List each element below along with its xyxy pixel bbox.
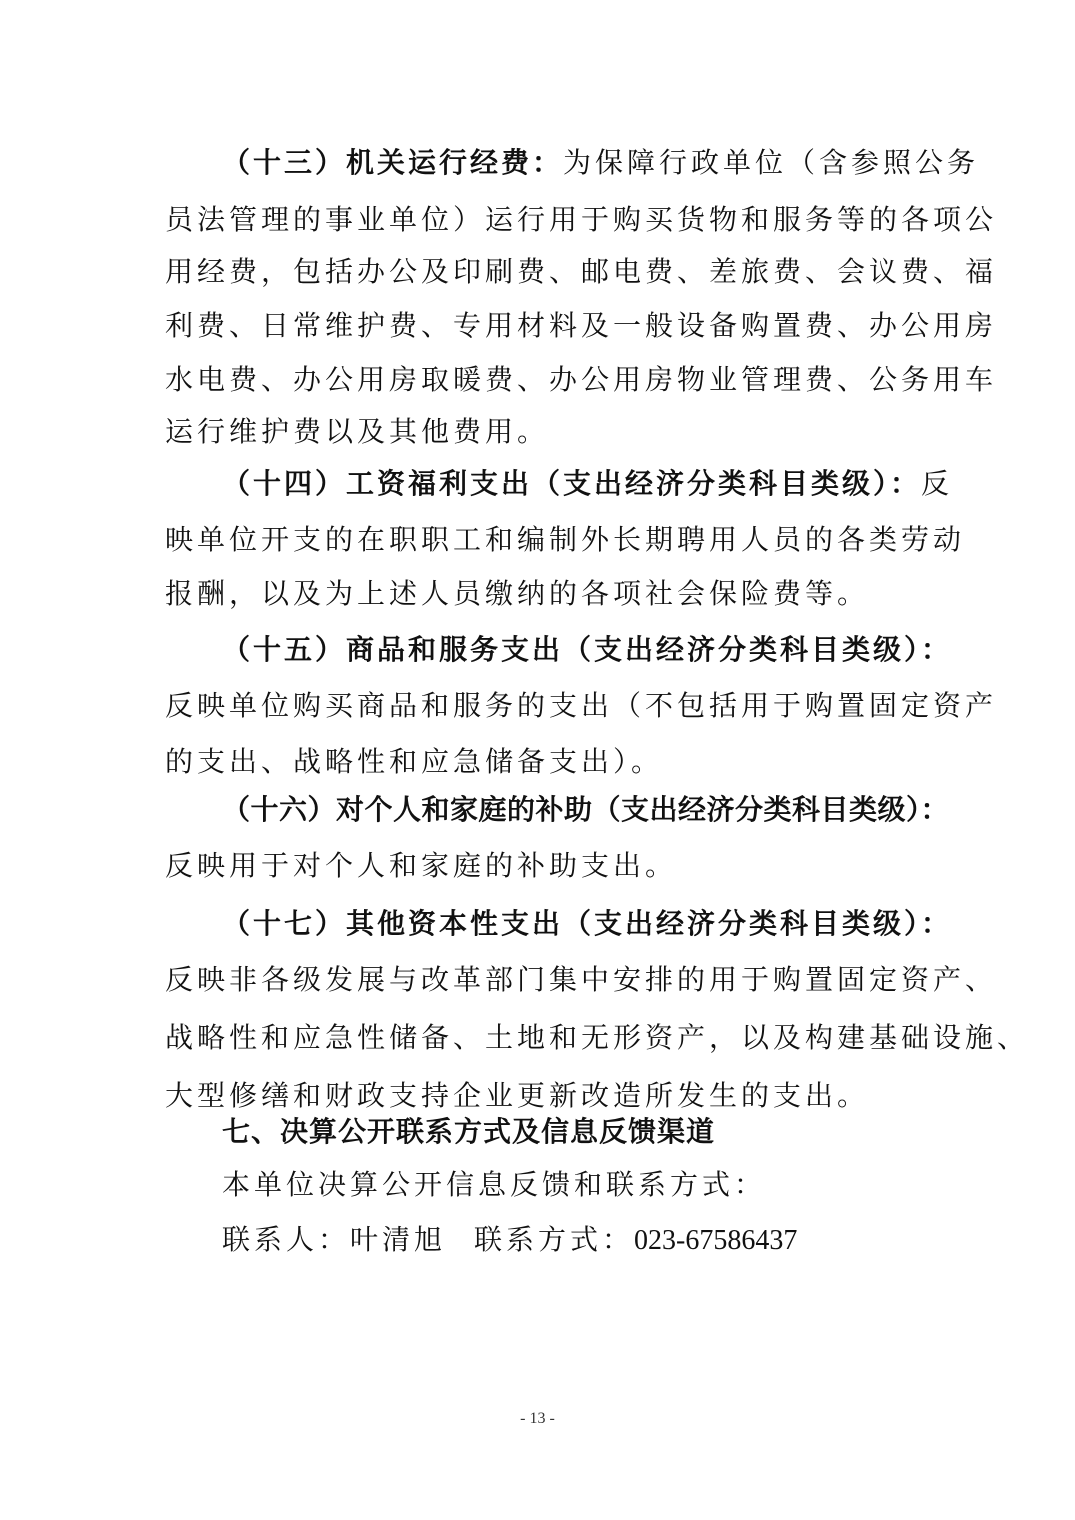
- contact-method-label: 联系方式：: [474, 1223, 634, 1256]
- section-17-title: （十七）其他资本性支出（支出经济分类科目类级）：: [222, 907, 952, 940]
- contact-phone: 023-67586437: [634, 1225, 797, 1256]
- contact-person-label: 联系人：: [222, 1223, 350, 1256]
- section-13-line: 员法管理的事业单位）运行用于购买货物和服务等的各项公: [165, 200, 925, 240]
- section-14-title: （十四）工资福利支出（支出经济分类科目类级）：: [222, 467, 921, 500]
- section-13-line: 利费、日常维护费、专用材料及一般设备购置费、办公用房: [165, 306, 925, 346]
- section-13-text: 为保障行政单位（含参照公务: [563, 146, 979, 179]
- section-15-line: 的支出、战略性和应急储备支出）。: [165, 742, 925, 782]
- section-14-first-line: （十四）工资福利支出（支出经济分类科目类级）：反: [222, 464, 982, 504]
- section-15-title: （十五）商品和服务支出（支出经济分类科目类级）：: [222, 633, 952, 666]
- section-13-title: （十三）机关运行经费：: [222, 146, 563, 179]
- section-17-line: 大型修缮和财政支持企业更新改造所发生的支出。: [165, 1076, 925, 1116]
- contact-intro: 本单位决算公开信息反馈和联系方式：: [222, 1165, 982, 1205]
- section-15-title-line: （十五）商品和服务支出（支出经济分类科目类级）：: [222, 630, 982, 670]
- section-17-title-line: （十七）其他资本性支出（支出经济分类科目类级）：: [222, 904, 982, 944]
- contact-line: 联系人：叶清旭联系方式：023-67586437: [222, 1220, 982, 1260]
- page-number: - 13 -: [0, 1410, 1075, 1428]
- section-16-line: 反映用于对个人和家庭的补助支出。: [165, 846, 925, 886]
- document-page: （十三）机关运行经费：为保障行政单位（含参照公务 员法管理的事业单位）运行用于购…: [0, 0, 1075, 1520]
- section-13-first-line: （十三）机关运行经费：为保障行政单位（含参照公务: [222, 143, 982, 183]
- section-13-line: 用经费，包括办公及印刷费、邮电费、差旅费、会议费、福: [165, 252, 925, 292]
- section-14-line: 映单位开支的在职职工和编制外长期聘用人员的各类劳动: [165, 520, 925, 560]
- section-16-title: （十六）对个人和家庭的补助（支出经济分类科目类级）：: [222, 793, 949, 826]
- contact-person: 叶清旭: [350, 1223, 446, 1256]
- section-13-line: 运行维护费以及其他费用。: [165, 412, 925, 452]
- section-14-line: 报酬，以及为上述人员缴纳的各项社会保险费等。: [165, 574, 925, 614]
- section-17-line: 反映非各级发展与改革部门集中安排的用于购置固定资产、: [165, 960, 925, 1000]
- section-14-text: 反: [921, 467, 953, 500]
- section-13-line: 水电费、办公用房取暖费、办公用房物业管理费、公务用车: [165, 360, 925, 400]
- section-16-title-line: （十六）对个人和家庭的补助（支出经济分类科目类级）：: [222, 790, 982, 830]
- contact-section-heading: 七、决算公开联系方式及信息反馈渠道: [222, 1112, 982, 1152]
- section-17-line: 战略性和应急性储备、土地和无形资产，以及构建基础设施、: [165, 1018, 925, 1058]
- section-15-line: 反映单位购买商品和服务的支出（不包括用于购置固定资产: [165, 686, 925, 726]
